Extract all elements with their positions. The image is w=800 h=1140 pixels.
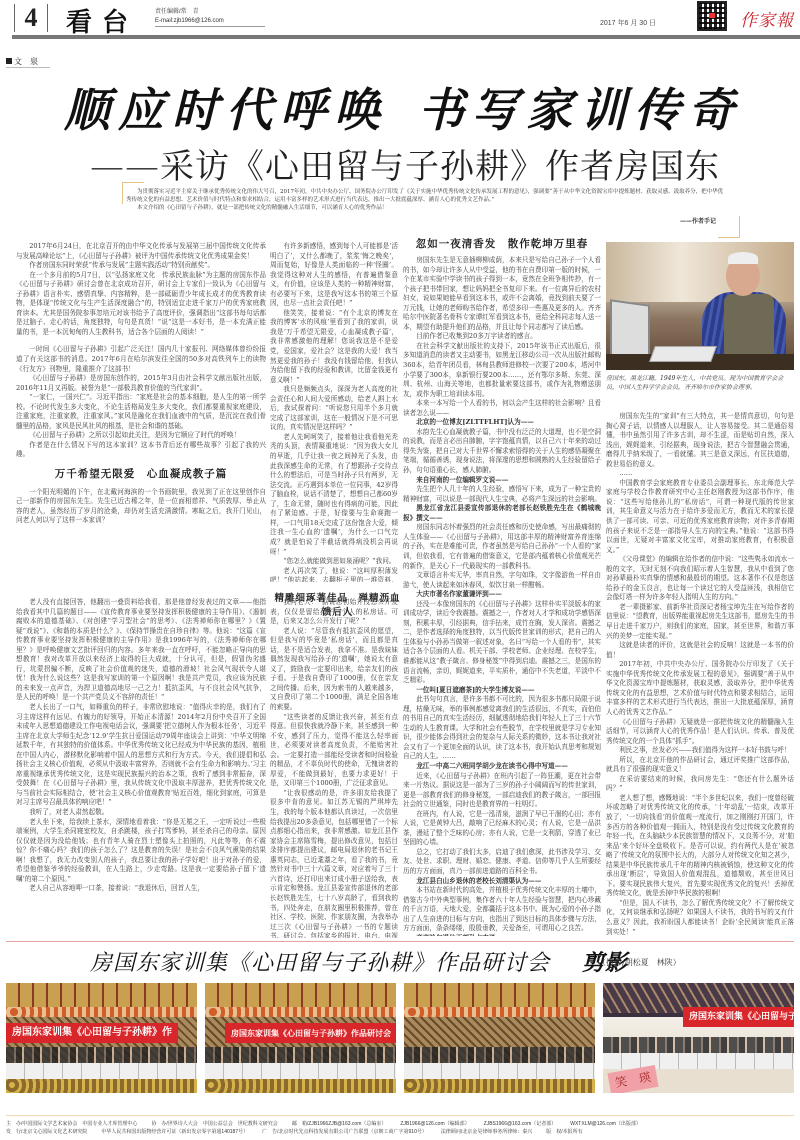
footer-item: WXTXLM@126.com（出版部） — [570, 1120, 641, 1128]
quote-text: 本书站在新时代的高处，并植根于优秀传统文化丰厚的土壤中，借鉴古今中外典型事例，集… — [403, 886, 601, 934]
article-paragraph: 一时间《心田留与子孙耕》引起广泛关注！国内几十家报刊、网络媒体曾纷纷报道了有关这… — [16, 345, 266, 374]
newspaper-logo: 作家報 — [740, 6, 794, 31]
quote-source: 黑龙江省龙江县委宣传部退休的老部长赵铁胜先生在《鹤城晚报》撰文—— — [403, 504, 601, 523]
event-banner: 房国东家训集《心田留与子孙耕》作品研讨会 — [225, 1023, 396, 1043]
photo-caption: 房国东，黑龙江籍，1949年生人，中共党员。现为中国教育学会会员，中国人生科学学… — [606, 374, 794, 392]
article-paragraph: 在采访要结束的时候，我问房先生：“您还有什么题外话吗？” — [606, 775, 794, 794]
section-title: 看台 — [66, 2, 138, 39]
editor-note-paragraph: 为贯彻落实习近平主席关于继承优秀传统文化的伟大号召，2017年初，中共中央办公厅… — [126, 188, 724, 204]
article-paragraph: 有许多新感悟，感到每个人可能都是‘活明白了’，又什么都晚了，浆浆‘悔之晚矣’，周… — [270, 242, 398, 309]
article-paragraph: 老人自己从容地呷一口茶，接着说：“我退休后，回首人生， — [16, 884, 266, 894]
gallery-photo — [404, 983, 595, 1093]
article-paragraph: 《心田留与子孙耕》之所以引起如此关注，是因为它顺应了时代的呼唤！ — [16, 431, 266, 441]
article-paragraph: “让我很感动的是，许多朋友给我提了很多中肯的意见。如江苏无锡的严琪坤先生，我的每… — [270, 789, 398, 938]
quote-text: 还没一本像房国东的《心田留与子孙耕》这样朴实平淡版本的家训成功学，读后令我震撼。… — [403, 600, 601, 686]
quote-text: 近来，《心田留与子孙耕》在班内引起了一阵狂潮，更在社会带来一片热议。据说这是一部… — [403, 772, 601, 810]
gallery-photo: 房国东家训集《心田留与子孙 笑 瑛 — [603, 983, 794, 1093]
footer-divider — [6, 1115, 794, 1116]
article-paragraph: 所以，在北京开他的作品研讨会，通过评奖推广这部作品，就具有了很强的现实意义！ — [606, 756, 794, 775]
article-paragraph: 老人长出了一口气，如释重负的样子，非常欣慰地说：“值得庆幸的是，我们有了习主席这… — [16, 703, 266, 808]
gallery-photo: 房国东家训集《心田留与子孙耕》作 — [6, 983, 197, 1093]
quote-source: 龙江一中高二六班同学胡少龙在读书心得中写道—— — [403, 762, 601, 772]
qr-code-icon — [697, 1, 727, 31]
article-paragraph: 在社会科学文献出版社的支持下，2015年该书正式出版后，很多知道消息的读者又主动… — [403, 342, 601, 399]
quote-text: 文章语言朴实无华，率真自然，字句如珠，文字像游鱼一样自由游弋，使人读起来如沐春风… — [403, 571, 601, 590]
article-paragraph: “您怎么就能做到思如泉涌呢？”我问。 — [270, 557, 398, 567]
section-subhead: 万千希望无限爱 心血凝成教子篇 — [16, 470, 266, 480]
article-paragraph: 老人没有直接回答，他翻出一叠资料给我看，那是他曾经发表过的文章——他指给我看其中… — [16, 598, 266, 703]
square-bullet-icon — [6, 58, 12, 64]
article-paragraph: 中国教育学会家庭教育专业委员会副理事长、东北师范大学家庭与学校合作教育研究中心主… — [606, 479, 794, 555]
event-banner: 房国东家训集《心田留与子孙 — [683, 1007, 794, 1027]
article-paragraph: 本来一本写给一个人看的书，何以会产生这样的社会影响？且看读者怎么说—— — [403, 399, 601, 418]
article-paragraph: 一个阳光明媚的下午，在北戴河海滨的一个书画院里，我见到了正在这里创作自己一部新作… — [16, 488, 266, 526]
editor-note-signature: ——作者手记 — [680, 218, 716, 226]
article-paragraph: 房国东先生的“家训”有三大特点，其一是情真意切，句句是掏心窝子话，以情感人以理服… — [606, 412, 794, 469]
article-column-1: 2017年6月24日，在北京召开的由中华文化传承与发展第三届中国传统文化传承与发… — [16, 242, 266, 526]
editor-info: 责任编辑/常 青 E-mail:zjb1966@126.com — [155, 8, 265, 27]
article-paragraph: 我问老人：“据说您初始并没想公开发表，仅仅是留给孙子一个人的私房话。可是，后来又… — [270, 598, 398, 627]
headline-part-1: 顺应时代呼唤 — [64, 83, 388, 137]
article-column-4: 房国东先生的“家训”有三大特点，其一是情真意切，句句是掏心窝子话，以情感人以理服… — [606, 412, 794, 937]
quote-text: 水韵先生心血凝就教子篇，书中没有泛泛的大道理，也不是空洞的说教，而是言必出自肺腑… — [403, 428, 601, 476]
article-column-3: 房国东先生是无意插柳柳成荫，本来只是写给自己孙子一个人看的书，如今却让许多人从中… — [403, 256, 601, 936]
footer-item: ZJBS1966@163.com（记者部） — [484, 1120, 557, 1128]
quote-source: 龙江县白山乡退休的老校长刘清渠认为—— — [403, 877, 601, 887]
article-paragraph: 作者是在什么情况下写的这本家训？这本书背后还有哪些故事？引起了我的兴趣。 — [16, 441, 266, 460]
article-paragraph: 他笑笑，接着说：“有个北京的博友在我的博客‘水的风痕’里看到了我的家训，说我是‘… — [270, 309, 398, 385]
editor-label: 责任编辑/常 青 — [155, 8, 265, 17]
editor-email: E-mail:zjb1966@126.com — [155, 17, 265, 26]
article-paragraph: 2017年6月24日，在北京召开的由中华文化传承与发展第三届中国传统文化传承与发… — [16, 242, 266, 261]
article-column-2: 有许多新感悟，感到每个人可能都是‘活明白了’，又什么都晚了，浆浆‘悔之晚矣’，周… — [270, 242, 398, 582]
photo-gallery: 房国东家训集《心田留与子孙耕》作 房国东家训集《心田留与子孙耕》作品研讨会 房国… — [6, 983, 794, 1093]
article-paragraph: 作者房国东同时荣获“传承与发展”主题实践活动“特别贡献奖”。 — [16, 261, 266, 271]
page-number: 4 — [14, 4, 48, 32]
footer-item: 协 办/世界诗人大会 中国公益总会 世纪教科文研究会 — [151, 1120, 277, 1128]
section-subhead: 忽如一夜清香发 散作乾坤万里春 — [403, 236, 601, 251]
quote-source: 大庆市著名作家董谦评到—— — [403, 590, 601, 600]
article-paragraph: 《心田留与子孙耕》是房国东创作的，2015年3月由社会科学文献出版社出版，201… — [16, 374, 266, 393]
subheadline: ——采访《心田留与子孙耕》作者房国东 — [90, 139, 710, 188]
article-paragraph: 在一个多月前的5月7日，以“弘扬家庭文化 传承民族血脉”为主题的房国东作品《心田… — [16, 271, 266, 338]
article-paragraph: 老人说：“尽管我有抵抗歪风的愿望，但是我写的毕竟是‘私房话’，而且都是真话，是不… — [270, 627, 398, 713]
footer-item: 邮 箱/ZJB1966ZJB@163.com（总编室） — [292, 1120, 387, 1128]
keyboard — [649, 346, 717, 362]
photo-credit: （摄影/胡松夏 林陕） — [598, 957, 681, 968]
gallery-title: 房国东家训集《心田留与子孙耕》作品研讨会剪影 — [90, 946, 628, 977]
article-paragraph: …… — [606, 469, 794, 479]
masthead-divider — [12, 35, 800, 39]
gallery-photo: 房国东家训集《心田留与子孙耕》作品研讨会 — [205, 983, 396, 1093]
masthead: 4 看台 责任编辑/常 青 E-mail:zjb1966@126.com 201… — [0, 0, 800, 36]
article-column-1-lower: 老人没有直接回答，他翻出一叠资料给我看，那是他曾经发表过的文章——他指给我看其中… — [16, 598, 266, 938]
headline-part-2: 书写家训传奇 — [418, 83, 742, 137]
footer-item: 法律顾问/北京金昊律师事务所律师：秦兴 — [441, 1128, 532, 1136]
editor-note-paragraph: 本文介绍的《心田留与子孙耕》，就是一部把传统文化的精髓融入生活细节，可以涵育人心… — [126, 204, 724, 212]
article-paragraph: 老人坐下来，给我续上茶水，深情地看着我：“你是无冕之王，一定听说过一些极端案例，… — [16, 818, 266, 885]
article-paragraph: 《父母课堂》的编辑在给作者的信中说：“这些隽永如流水一般的文字，无时无刻不向我们… — [606, 555, 794, 603]
article-paragraph: 利民之事，丝发必兴——我们值得为这样一本好书鼓与呼！ — [606, 746, 794, 756]
footer-item: 版 权/本报所有 — [546, 1128, 582, 1136]
corner-bracket — [122, 182, 144, 204]
event-banner: 房国东家训集《心田留与子孙耕》作 — [6, 1023, 178, 1043]
quote-source: 齐齐哈尔退休干部孙占杰说—— — [403, 934, 601, 936]
gallery-divider — [6, 941, 794, 942]
footer-credits: 主 办/中国国际文学艺术家协会 中国专业人才库管理中心 协 办/世界诗人大会 中… — [6, 1120, 794, 1136]
quote-text: 在班内，有人说，它是一泓清泉，滋润了早已干涸的心田；亦有人说，它是黄钟大吕，敲响… — [403, 810, 601, 848]
article-paragraph: 我听了，对老人肃然起敬。 — [16, 808, 266, 818]
gallery-title-text: 房国东家训集《心田留与子孙耕》作品研讨会 — [90, 951, 550, 976]
footer-item: 主 办/中国国际文学艺术家协会 中国专业人才库管理中心 — [6, 1120, 137, 1128]
quote-text: 房国东同志怀着强烈的社会责任感和历史使命感，写出最痛彻的人生体验——《心田留与子… — [403, 523, 601, 571]
footer-item: 发 行/北京文心国际文化艺术研究院 — [6, 1128, 87, 1136]
editor-note: 为贯彻落实习近平主席关于继承优秀传统文化的伟大号召，2017年初，中共中央办公厅… — [60, 182, 740, 238]
article-paragraph: 老人先呵呵笑了，接着他让我看他光秃秃的头顶，表情凝重地说：“因为我大女儿的早逝，… — [270, 433, 398, 557]
article-paragraph: 老人再次笑了，他说：“这叫厚积薄发吧！”他站起来，去翻柜子里的一堆资料，拿出几个… — [270, 567, 398, 582]
footer-item: ZJB1966@126.com（编辑部） — [400, 1120, 469, 1128]
author-byline: 文 泉 — [6, 56, 50, 68]
quote-source: 一位叫[夏日遮磨茶]的大学生博友说—— — [403, 686, 601, 696]
article-paragraph: “一家仁，一国兴仁”。习近平指出：“家庭是社会的基本细胞，是人生的第一所学校。不… — [16, 393, 266, 431]
article-paragraph: 老人想了想，感慨地说：“半个多世纪以来，我们一度曾经破坏或忽略了对优秀传统文化的… — [606, 794, 794, 899]
article-paragraph: 目前作者已收集到20多万字读者的感言。 — [403, 332, 601, 342]
quote-text: 先生把个人几十年的人生经验，感悟写下来，成为了一种宝贵的精神财富，可以说是一部现… — [403, 485, 601, 504]
footer-item: 广 告/北京时代先点科技发展有限公司广告联盟（京朝工商广字第910号） — [262, 1128, 427, 1136]
author-photo — [606, 242, 794, 370]
article-paragraph: 2017年初，中共中央办公厅、国务院办公厅印发了《关于实施中华优秀传统文化传承发… — [606, 660, 794, 717]
article-paragraph: 这就是读者的评价，这就是社会的反响！这就是一本书的价值！ — [606, 641, 794, 660]
footer-item: 中华人民共和国出版物经营许可证（新出发京零字第通140187号） — [101, 1128, 248, 1136]
quote-source: 来自河南的一位编辑罗文说—— — [403, 476, 601, 486]
article-paragraph: 我只是频频点头，深深为老人高度的社会责任心和人间大爱所感动，给老人斟上水后，我试… — [270, 385, 398, 433]
byline-text: 文 泉 — [14, 57, 38, 66]
quote-text: 总之，它打动了我们太多，启迪了我们愈深，此书涉及学习、交友、处世、求职、理财、婚… — [403, 848, 601, 877]
article-paragraph: 《心田留与子孙耕》无疑就是一部把传统文化的精髓融入生活细节，可以涵育人心的优秀作… — [606, 718, 794, 747]
article-column-2-lower: 我问老人：“据说您初始并没想公开发表，仅仅是留给孙子一个人的私房话。可是，后来又… — [270, 598, 398, 938]
article-paragraph: 房国东先生是无意插柳柳成荫，本来只是写给自己孙子一个人看的书，如今却让许多人从中… — [403, 256, 601, 332]
article-paragraph: “这些读者的反馈让我兴奋，甚至有点得意。但很快我就冷静下来，甚至感到一种不安，感… — [270, 713, 398, 789]
headline: 顺应时代呼唤书写家训传奇 — [58, 74, 748, 140]
quote-text: 此书句句真言，是许多书都不可比的，因为很多书都只局限于说理，枯燥无味，举的事例都… — [403, 695, 601, 762]
quote-source: 北京的一位博友[ZLTTFLHT]认为—— — [403, 418, 601, 428]
publication-date: 2017 年6 月 30 日 — [600, 18, 656, 28]
article-paragraph: “但是，国人不读书，怎么了解优秀传统文化？不了解传统文化，又何谈继承和弘扬呢？如… — [606, 899, 794, 937]
corner-bracket — [718, 216, 740, 238]
article-paragraph: 老一辈摄影家、前新华社资深记者杨宝坤先生在写给作者的信里说：“望教育，出版界能重… — [606, 603, 794, 641]
